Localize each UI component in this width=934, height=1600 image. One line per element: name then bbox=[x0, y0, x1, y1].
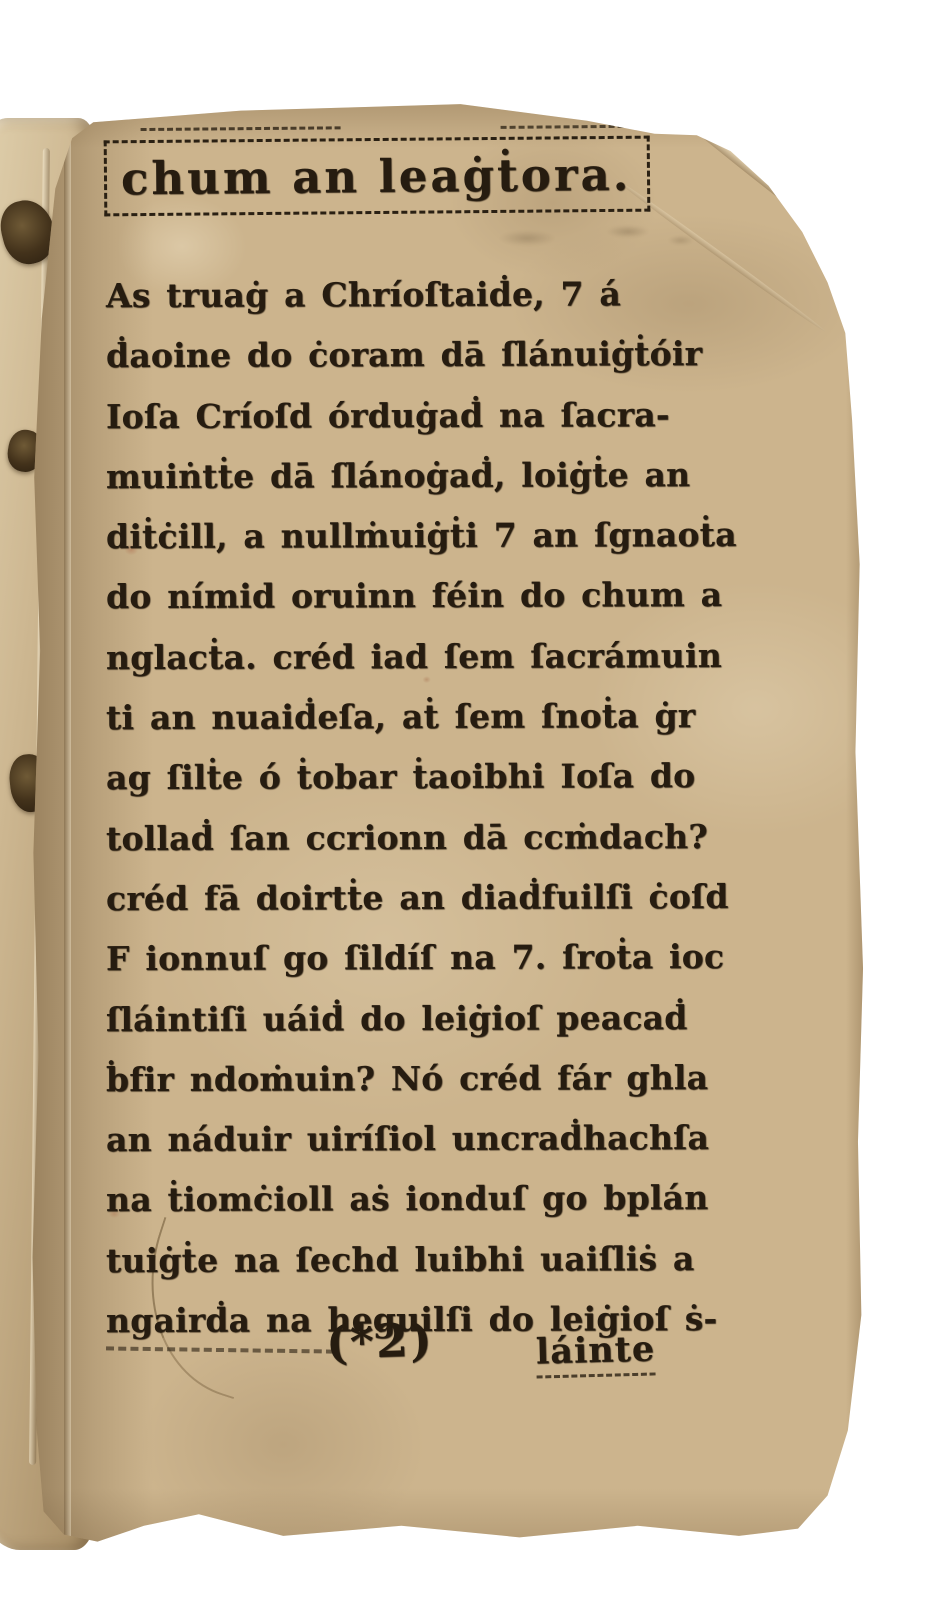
page-title: chum an leaġṫora. bbox=[121, 147, 632, 204]
text-line: an náduir uiríſiol uncraḋhachſa bbox=[106, 1108, 766, 1171]
page-header-box: chum an leaġṫora. bbox=[104, 136, 651, 217]
ink-bleedthrough-smudge bbox=[460, 214, 700, 258]
book-page: chum an leaġṫora. As truaġ a Chríoſtaiḋe… bbox=[30, 102, 874, 1546]
page-body-text: As truaġ a Chríoſtaiḋe, 7 á ḋaoine do ċo… bbox=[106, 265, 766, 1350]
text-line: ti an nuaiḋeſa, aṫ ſem ſnoṫa ġr bbox=[106, 686, 766, 749]
text-line: diṫċill, a nullṁuiġṫi 7 an ſgnaoṫa bbox=[106, 505, 766, 568]
book-page-photo: chum an leaġṫora. As truaġ a Chríoſtaiḋe… bbox=[0, 0, 934, 1600]
catchword: láinte bbox=[535, 1328, 655, 1378]
text-line: tollaḋ ſan ccrionn dā ccṁdach? bbox=[106, 807, 766, 870]
text-line: muiṅtṫe dā ſlánoġaḋ, loiġṫe an bbox=[106, 445, 766, 508]
gutter-crease bbox=[64, 102, 71, 1546]
text-line: ḋaoine do ċoram dā ſlánuiġṫóir bbox=[106, 324, 766, 387]
text-line: As truaġ a Chríoſtaiḋe, 7 á bbox=[106, 264, 766, 327]
text-line: F ionnuſ go ſildíſ na 7. ſroṫa ioc bbox=[106, 927, 766, 990]
text-line: na ṫiomċioll aṡ ionduſ go bplán bbox=[106, 1168, 766, 1231]
text-line: Ioſa Críoſd órduġaḋ na ſacra- bbox=[106, 384, 766, 447]
text-line: ḃfir ndoṁuin? Nó créd fár ghla bbox=[106, 1048, 766, 1111]
text-line: ag ſilṫe ó ṫobar ṫaoibhi Ioſa do bbox=[106, 746, 766, 809]
text-line: ſláintiſi uáiḋ do leiġioſ peacaḋ bbox=[106, 987, 766, 1050]
text-line: do nímid oruinn féin do chum a bbox=[106, 565, 766, 628]
text-line: nglacṫa. créd iad ſem ſacrámuin bbox=[106, 626, 766, 689]
text-line: tuiġṫe na ſechd luibhi uaiſliṡ a bbox=[106, 1229, 766, 1292]
text-line: ngairḋa na heguilſi do leiġioſ ṡ- bbox=[106, 1289, 766, 1352]
signature-mark: (*2) bbox=[325, 1312, 434, 1370]
fore-edge bbox=[846, 102, 874, 1546]
text-line: créd fā doirtṫe an diaḋfuilſi ċoſd bbox=[106, 867, 766, 930]
